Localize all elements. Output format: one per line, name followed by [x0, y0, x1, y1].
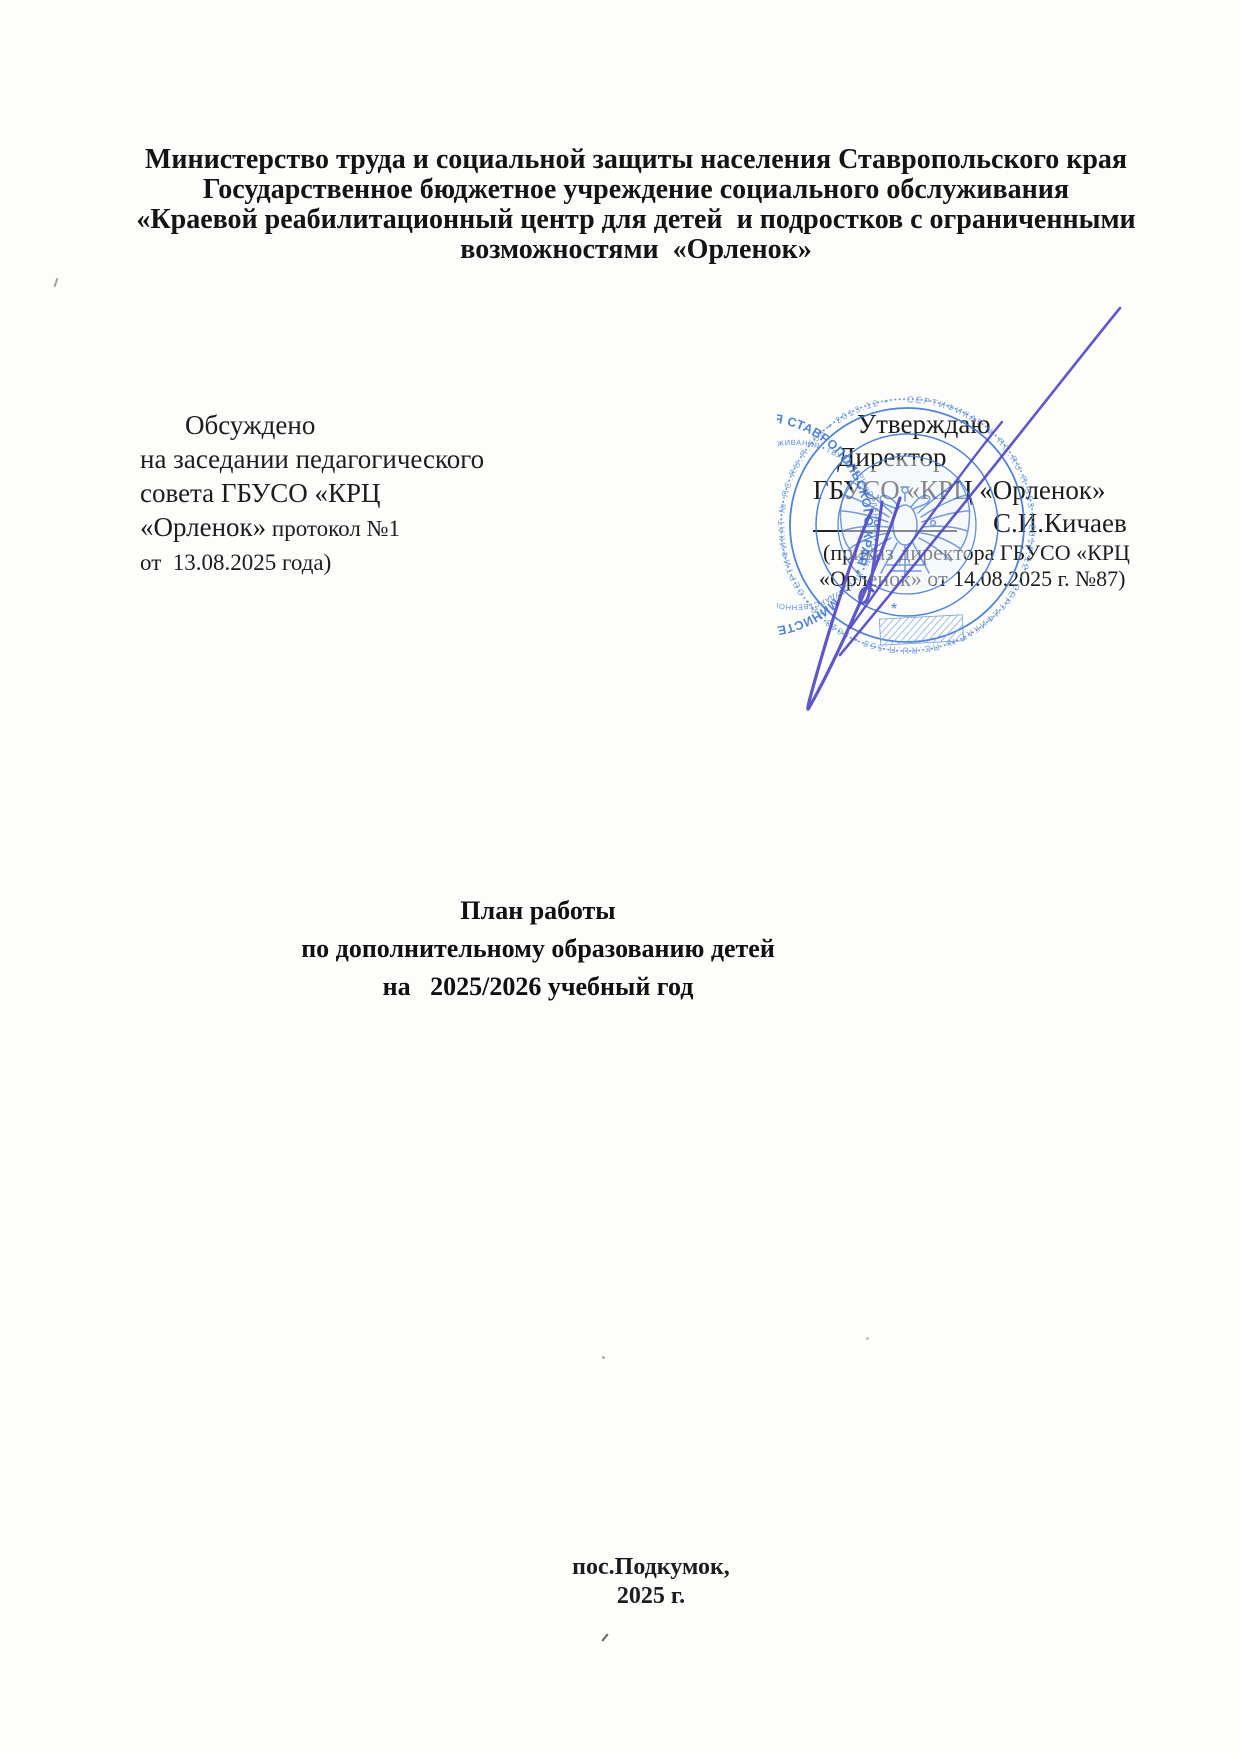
director-signature [758, 278, 1158, 738]
discussed-block: Обсуждено на заседании педагогического с… [140, 408, 560, 580]
imprint-place: пос.Подкумок, [501, 1553, 801, 1582]
discussed-line-2: на заседании педагогического [140, 442, 560, 476]
document-title: План работы по дополнительному образован… [200, 892, 876, 1006]
discussed-heading: Обсуждено [140, 408, 560, 442]
scan-artifact [54, 278, 59, 287]
title-line-2: по дополнительному образованию детей [200, 930, 876, 968]
scan-artifact [602, 1356, 605, 1359]
letterhead-line-2: Государственное бюджетное учреждение соц… [120, 175, 1152, 205]
signature-long-stroke [840, 308, 1120, 655]
signature-second-stroke [850, 422, 1002, 628]
title-line-1: План работы [200, 892, 876, 930]
letterhead-line-3: «Краевой реабилитационный центр для дете… [120, 205, 1152, 235]
scan-artifact [601, 1633, 608, 1641]
signature-loop-stroke [808, 498, 900, 709]
discussed-date-line: от 13.08.2025 года) [140, 546, 560, 580]
document-page: Министерство труда и социальной защиты н… [0, 0, 1240, 1754]
letterhead: Министерство труда и социальной защиты н… [120, 145, 1152, 265]
footer-imprint: пос.Подкумок, 2025 г. [501, 1553, 801, 1611]
letterhead-line-4: возможностями «Орленок» [120, 235, 1152, 265]
discussed-line-4-org: «Орленок» [140, 512, 266, 542]
discussed-line-3: совета ГБУСО «КРЦ [140, 476, 560, 510]
discussed-line-4: «Орленок» протокол №1 [140, 510, 560, 546]
discussed-line-4-protocol: протокол №1 [266, 516, 400, 541]
scan-artifact [866, 1337, 869, 1340]
letterhead-line-1: Министерство труда и социальной защиты н… [120, 145, 1152, 175]
title-line-3: на 2025/2026 учебный год [200, 968, 876, 1006]
imprint-year: 2025 г. [501, 1582, 801, 1611]
